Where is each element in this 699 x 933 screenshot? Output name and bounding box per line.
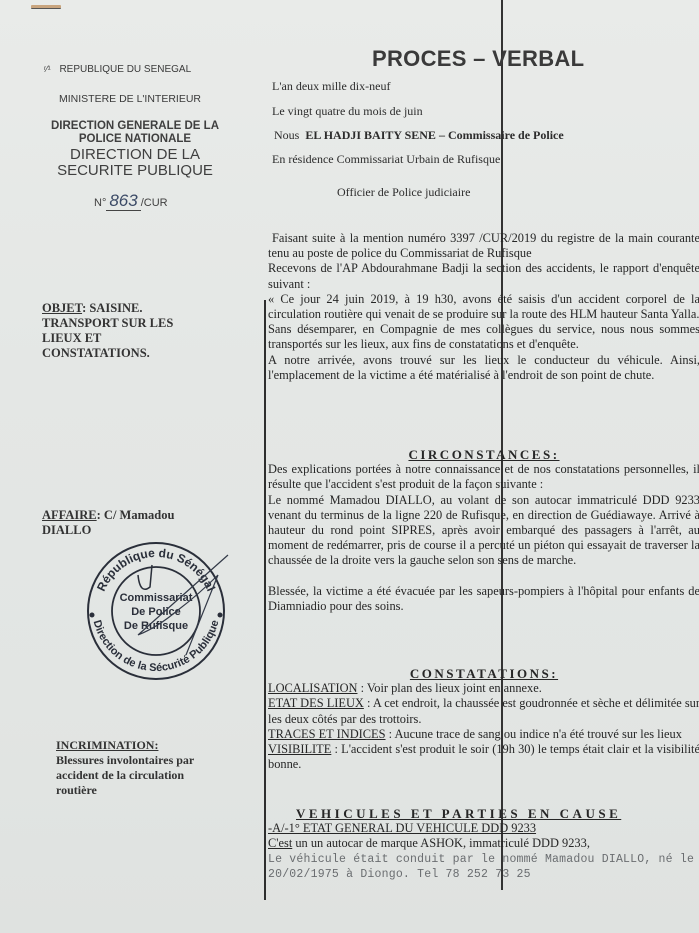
- svg-text:Commissariat: Commissariat: [120, 592, 193, 604]
- circonstances-title: CIRCONSTANCES:: [268, 447, 699, 462]
- margin-rule: [264, 300, 266, 900]
- handwritten-number: 863: [106, 191, 140, 211]
- vehicle-line-1: C'est un un autocar de marque ASHOK, imm…: [268, 836, 699, 851]
- intro-block: Faisant suite à la mention numéro 3397 /…: [268, 231, 699, 383]
- constatations-title: CONSTATATIONS:: [268, 666, 699, 681]
- objet-note: OBJET: SAISINE. TRANSPORT SUR LES LIEUX …: [42, 301, 252, 361]
- vehicules-title: VEHICULES ET PARTIES EN CAUSE: [268, 806, 699, 821]
- tape-mark: [31, 5, 61, 9]
- vehicle-line-3: 20/02/1975 à Diongo. Tel 78 252 73 25: [268, 867, 699, 882]
- affaire-note: AFFAIRE: C/ Mamadou DIALLO: [42, 508, 252, 538]
- date-line: Le vingt quatre du mois de juin: [272, 104, 423, 119]
- vehicle-heading: -A/-1° ETAT GENERAL DU VEHICULE DDD 9233: [268, 821, 699, 836]
- direction-generale: DIRECTION GENERALE DE LA POLICE NATIONAL…: [30, 120, 240, 146]
- officer-role: Officier de Police judiciaire: [337, 185, 470, 200]
- localisation-line: LOCALISATION : Voir plan des lieux joint…: [268, 681, 699, 696]
- svg-text:République du Sénégal: République du Sénégal: [94, 546, 218, 594]
- official-stamp: République du Sénégal Direction de la Sé…: [78, 535, 233, 685]
- direction-securite: DIRECTION DE LA SECURITE PUBLIQUE: [30, 147, 240, 179]
- incrimination-note: INCRIMINATION: Blessures involontaires p…: [56, 738, 256, 798]
- constatations-block: CONSTATATIONS: LOCALISATION : Voir plan …: [268, 666, 699, 772]
- etat-lieux-line: ETAT DES LIEUX : A cet endroit, la chaus…: [268, 696, 699, 726]
- country-header: ʳ⁄¹ REPUBLIQUE DU SENEGAL: [44, 64, 224, 75]
- ministry-name: MINISTERE DE L'INTERIEUR: [30, 93, 230, 105]
- visibilite-line: VISIBILITE : L'accident s'est produit le…: [268, 742, 699, 772]
- traces-line: TRACES ET INDICES : Aucune trace de sang…: [268, 727, 699, 742]
- document-number: N°863/CUR: [94, 191, 168, 211]
- country-mark: ʳ⁄¹: [44, 64, 51, 74]
- svg-text:De Police: De Police: [131, 606, 181, 618]
- officer-line: Nous EL HADJI BAITY SENE – Commissaire d…: [274, 128, 564, 143]
- vehicules-block: VEHICULES ET PARTIES EN CAUSE -A/-1° ETA…: [268, 806, 699, 882]
- vehicle-line-2: Le véhicule était conduit par le nommé M…: [268, 852, 699, 867]
- country-name: REPUBLIQUE DU SENEGAL: [59, 64, 191, 75]
- circonstances-block: CIRCONSTANCES: Des explications portées …: [268, 447, 699, 614]
- year-line: L'an deux mille dix-neuf: [272, 79, 390, 94]
- residence-line: En résidence Commissariat Urbain de Rufi…: [272, 152, 500, 167]
- officer-name: EL HADJI BAITY SENE – Commissaire de Pol…: [305, 128, 563, 142]
- document-title: PROCES – VERBAL: [372, 46, 584, 72]
